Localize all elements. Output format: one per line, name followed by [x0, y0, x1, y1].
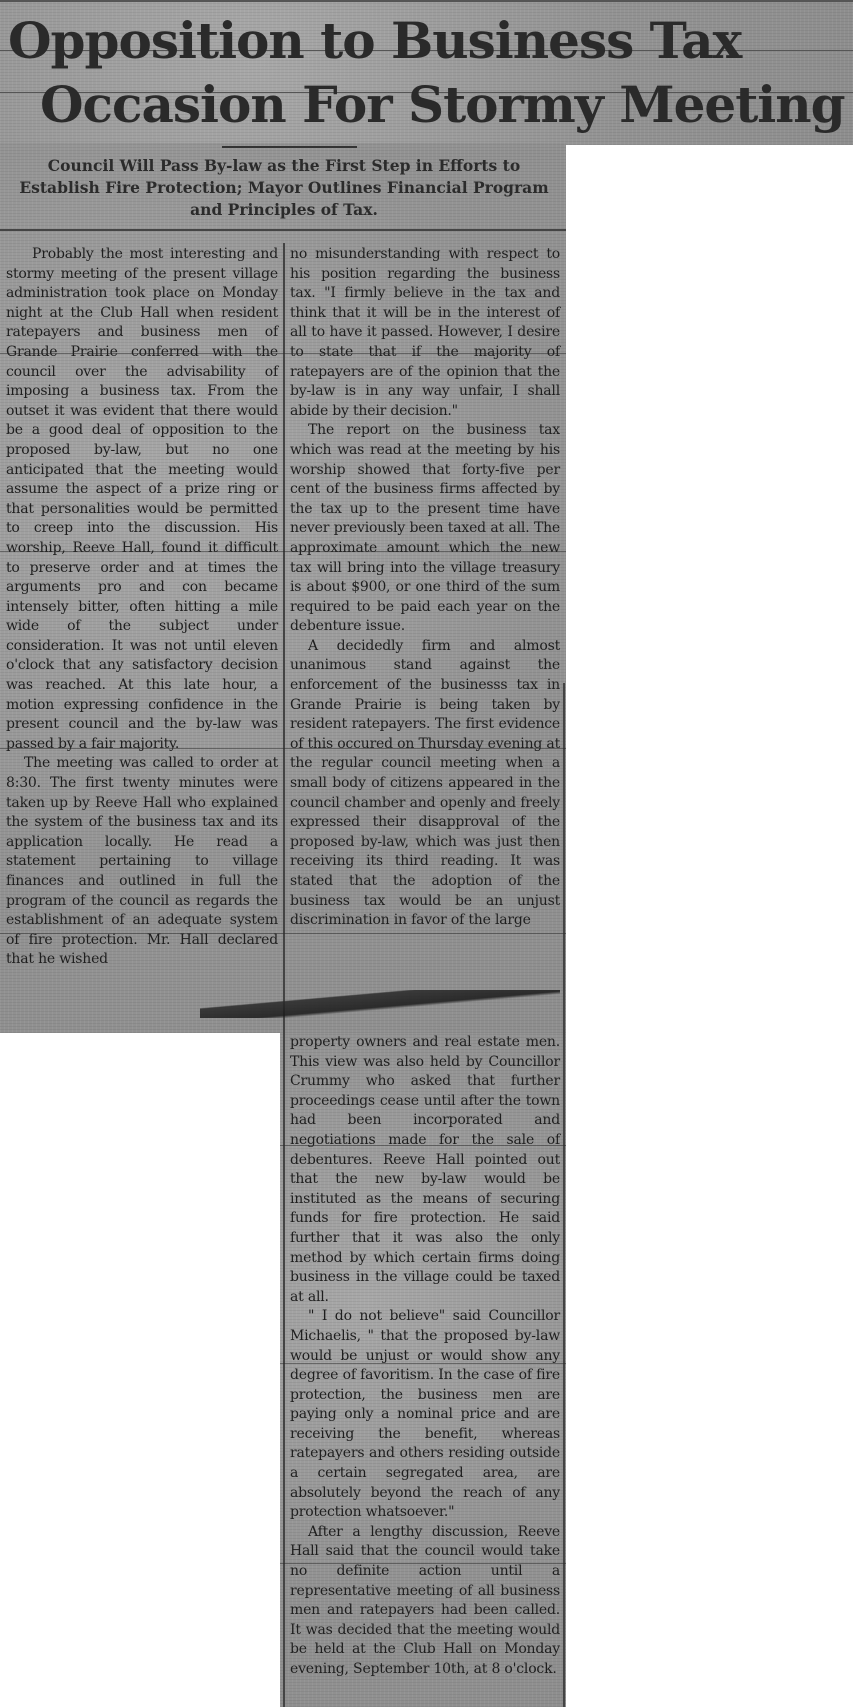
deck-rule: [222, 146, 357, 148]
subheadline-deck: Council Will Pass By-law as the First St…: [8, 155, 560, 221]
article-body-lower: property owners and real estate men. Thi…: [280, 1033, 566, 1707]
column-2-upper: no misunderstanding with respect to his …: [290, 245, 560, 1030]
article-body-upper: Council Will Pass By-law as the First St…: [0, 143, 566, 1033]
paragraph: The meeting was called to order at 8:30.…: [6, 754, 278, 970]
column-border: [563, 683, 565, 1033]
column-border: [563, 1033, 565, 1707]
headline-block: Opposition to Business Tax Occasion For …: [0, 0, 853, 145]
paragraph: A decidedly firm and almost unanimous st…: [290, 637, 560, 931]
paragraph: After a lengthy discussion, Reeve Hall s…: [290, 1523, 560, 1680]
paragraph: no misunderstanding with respect to his …: [290, 245, 560, 421]
column-2-lower: property owners and real estate men. Thi…: [290, 1033, 560, 1680]
paragraph: " I do not believe" said Councillor Mich…: [290, 1307, 560, 1523]
column-divider: [283, 243, 285, 1033]
paragraph: property owners and real estate men. Thi…: [290, 1033, 560, 1307]
paragraph: Probably the most interesting and stormy…: [6, 245, 278, 754]
paragraph: The report on the business tax which was…: [290, 421, 560, 637]
column-1: Probably the most interesting and stormy…: [6, 245, 278, 1030]
column-border: [283, 1033, 285, 1707]
headline-line-1: Opposition to Business Tax: [8, 16, 741, 66]
headline-line-2: Occasion For Stormy Meeting: [40, 80, 845, 130]
deck-divider: [0, 229, 566, 231]
